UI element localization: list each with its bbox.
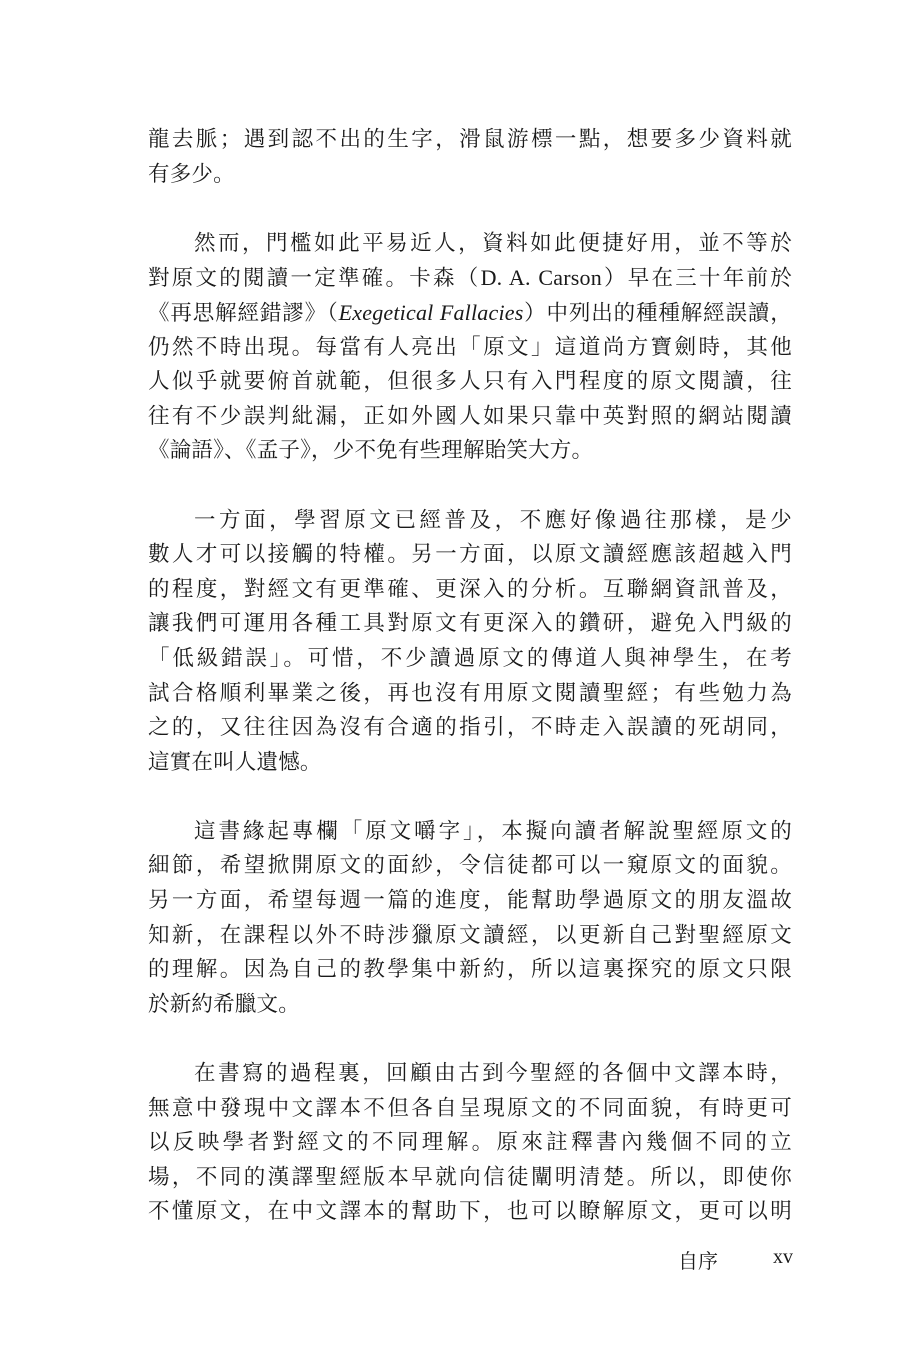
text-line: 這書緣起專欄「原文嚼字」，本擬向讀者解說聖經原文的 [148,815,792,850]
paragraph-writing-process: 在書寫的過程裏，回顧由古到今聖經的各個中文譯本時， 無意中發現中文譯本不但各自呈… [148,1057,792,1230]
text-line: 有多少。 [148,158,792,193]
paragraph-continued: 龍去脈；遇到認不出的生字，滑鼠游標一點，想要多少資料就 有多少。 [148,123,792,192]
text-line: 以反映學者對經文的不同理解。原來註釋書內幾個不同的立 [148,1126,792,1161]
text-line: 數人才可以接觸的特權。另一方面，以原文讀經應該超越入門 [148,538,792,573]
text-line: 不懂原文，在中文譯本的幫助下，也可以瞭解原文，更可以明 [148,1195,792,1230]
text-line: 這實在叫人遺憾。 [148,746,792,781]
paragraph-book-origin: 這書緣起專欄「原文嚼字」，本擬向讀者解說聖經原文的 細節，希望掀開原文的面紗，令… [148,815,792,1023]
text-line: 仍然不時出現。每當有人亮出「原文」這道尚方寶劍時，其他 [148,331,792,366]
running-footer-section-title: 自序 [678,1245,718,1274]
text-segment: 《再思解經錯謬》（ [148,301,339,326]
page-body: 龍去脈；遇到認不出的生字，滑鼠游標一點，想要多少資料就 有多少。 然而，門檻如此… [148,123,792,1265]
page-footer: 自序 xv [678,1245,793,1273]
text-line: 之的，又往往因為沒有合適的指引，不時走入誤讀的死胡同， [148,711,792,746]
text-line: 試合格順利畢業之後，再也沒有用原文閱讀聖經；有些勉力為 [148,677,792,712]
text-line: 「低級錯誤」。可惜，不少讀過原文的傳道人與神學生，在考 [148,642,792,677]
text-line: 於新約希臘文。 [148,988,792,1023]
text-line: 的理解。因為自己的教學集中新約，所以這裏探究的原文只限 [148,953,792,988]
text-line: 的程度，對經文有更準確、更深入的分析。互聯網資訊普及， [148,573,792,608]
text-line: 《論語》、《孟子》，少不免有些理解貽笑大方。 [148,434,792,469]
page-number: xv [773,1246,793,1269]
paragraph-accuracy: 然而，門檻如此平易近人，資料如此便捷好用，並不等於 對原文的閱讀一定準確。卡森（… [148,227,792,469]
text-line: 知新，在課程以外不時涉獵原文讀經，以更新自己對聖經原文 [148,919,792,954]
text-line: 場，不同的漢譯聖經版本早就向信徒闡明清楚。所以，即使你 [148,1161,792,1196]
text-line: 讓我們可運用各種工具對原文有更深入的鑽研，避免入門級的 [148,607,792,642]
text-segment: ）中列出的種種解經誤讀， [524,301,793,326]
text-line: 往有不少誤判紕漏，正如外國人如果只靠中英對照的網站閱讀 [148,400,792,435]
book-title: Exegetical Fallacies [339,300,524,325]
text-segment: 對原文的閱讀一定準確。卡森（ [148,266,481,291]
text-line: 在書寫的過程裏，回顧由古到今聖經的各個中文譯本時， [148,1057,792,1092]
text-line: 然而，門檻如此平易近人，資料如此便捷好用，並不等於 [148,227,792,262]
text-line: 人似乎就要俯首就範，但很多人只有入門程度的原文閱讀，往 [148,365,792,400]
text-line: 細節，希望掀開原文的面紗，令信徒都可以一窺原文的面貌。 [148,849,792,884]
text-line: 一方面，學習原文已經普及，不應好像過往那樣，是少 [148,504,792,539]
author-name: D. A. Carson [481,265,602,290]
text-line: 另一方面，希望每週一篇的進度，能幫助學過原文的朋友溫故 [148,884,792,919]
text-line: 無意中發現中文譯本不但各自呈現原文的不同面貌，有時更可 [148,1092,792,1127]
text-line: 對原文的閱讀一定準確。卡森（D. A. Carson）早在三十年前於 [148,261,792,296]
text-line: 《再思解經錯謬》（Exegetical Fallacies）中列出的種種解經誤讀… [148,296,792,331]
text-segment: ）早在三十年前於 [602,266,792,291]
paragraph-on-one-hand: 一方面，學習原文已經普及，不應好像過往那樣，是少 數人才可以接觸的特權。另一方面… [148,504,792,781]
text-line: 龍去脈；遇到認不出的生字，滑鼠游標一點，想要多少資料就 [148,123,792,158]
